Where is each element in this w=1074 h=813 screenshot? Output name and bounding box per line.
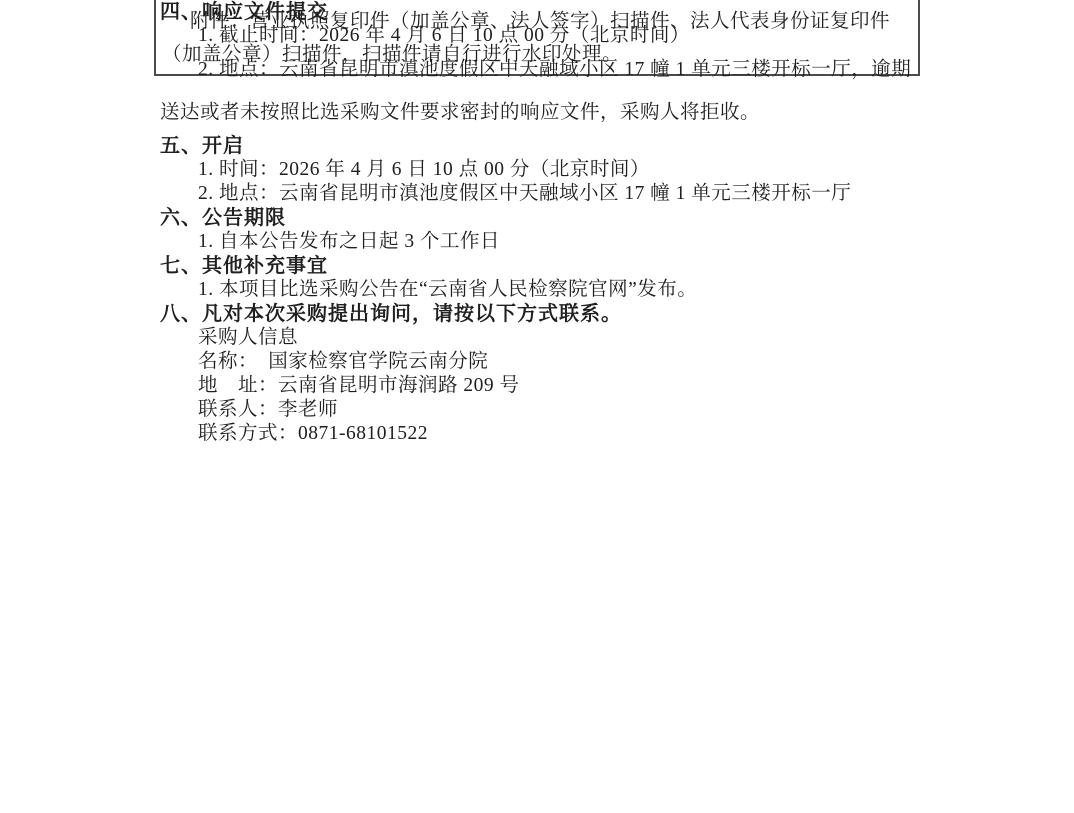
purchaser-phone-line: 联系方式：0871-68101522 (160, 422, 920, 446)
document-body: 四、响应文件提交 1. 截止时间：2026 年 4 月 6 日 10 点 00 … (160, 0, 920, 446)
purchaser-name-gap (248, 351, 268, 372)
purchaser-phone-label: 联系方式： (198, 423, 298, 444)
section-item-publish-website: 1. 本项目比选采购公告在“云南省人民检察院官网”发布。 (160, 278, 920, 302)
section-item-opening-location: 2. 地点：云南省昆明市滇池度假区中天融域小区 17 幢 1 单元三楼开标一厅 (160, 182, 920, 206)
section-heading-contact-method: 八、凡对本次采购提出询问，请按以下方式联系。 (160, 302, 920, 326)
purchaser-contact-person-value: 李老师 (278, 399, 338, 420)
document-page: 附件：营业执照复印件（加盖公章、法人签字）扫描件、法人代表身份证复印件（加盖公章… (0, 0, 1074, 813)
purchaser-info-title: 采购人信息 (160, 326, 920, 350)
purchaser-contact-person-label: 联系人： (198, 399, 278, 420)
purchaser-address-line: 地 址：云南省昆明市海润路 209 号 (160, 374, 920, 398)
section-heading-announcement-period: 六、公告期限 (160, 206, 920, 230)
section-item-opening-time: 1. 时间：2026 年 4 月 6 日 10 点 00 分（北京时间） (160, 158, 920, 182)
purchaser-contact-person-line: 联系人：李老师 (160, 398, 920, 422)
section-item-announcement-period: 1. 自本公告发布之日起 3 个工作日 (160, 230, 920, 254)
purchaser-phone-value: 0871-68101522 (298, 423, 428, 444)
purchaser-address-value: 云南省昆明市海润路 209 号 (278, 375, 520, 396)
section-heading-supplementary-matters: 七、其他补充事宜 (160, 254, 920, 278)
purchaser-name-line: 名称： 国家检察官学院云南分院 (160, 350, 920, 374)
section-item-deadline-time: 1. 截止时间：2026 年 4 月 6 日 10 点 00 分（北京时间） (160, 24, 920, 48)
section-item-submission-location: 2. 地点：云南省昆明市滇池度假区中天融域小区 17 幢 1 单元三楼开标一厅，… (160, 48, 920, 134)
section-heading-response-submission: 四、响应文件提交 (160, 0, 920, 24)
section-heading-opening: 五、开启 (160, 134, 920, 158)
purchaser-name-label: 名称： (198, 351, 248, 372)
purchaser-name-value: 国家检察官学院云南分院 (268, 351, 488, 372)
purchaser-address-label: 地 址： (198, 375, 278, 396)
